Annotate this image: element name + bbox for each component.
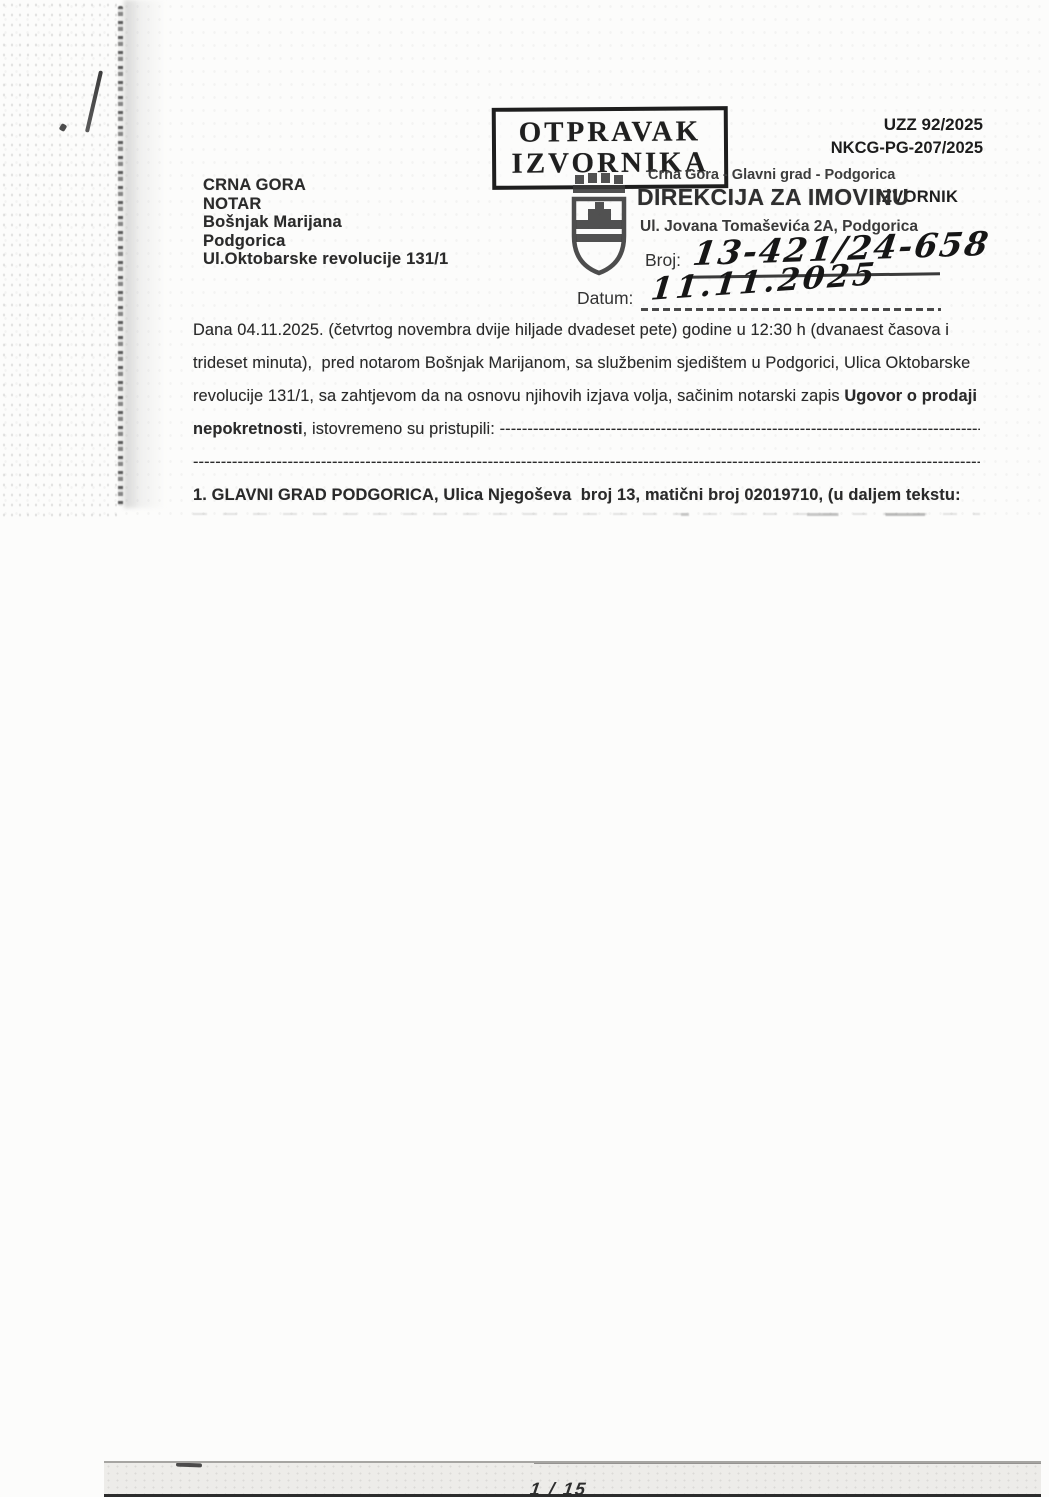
case-reference-numbers: UZZ 92/2025 NKCG-PG-207/2025 (700, 115, 983, 158)
scan-torn-edge-line (118, 6, 123, 506)
notary-name: Bošnjak Marijana (203, 213, 448, 232)
band-dark-top-edge (534, 1461, 1041, 1464)
body-line-3: revolucije 131/1, sa zahtjevom da na osn… (193, 380, 980, 413)
scan-bottom-band: 1 / 15 (104, 1461, 1041, 1497)
body-line-6: 1. GLAVNI GRAD PODGORICA, Ulica Njegošev… (193, 479, 980, 512)
datum-label: Datum: (577, 288, 633, 309)
scan-noise-left-edge (0, 0, 120, 520)
body-line-1: Dana 04.11.2025. (četvrtog novembra dvij… (193, 314, 980, 347)
body-line-4: nepokretnosti, istovremeno su pristupili… (193, 413, 980, 446)
body-line-4-bold: nepokretnosti (193, 420, 303, 438)
stamp-directorate-title: DIREKCIJA ZA IMOVINU (637, 184, 909, 211)
scanned-document-page: CRNA GORA NOTAR Bošnjak Marijana Podgori… (0, 0, 1049, 1497)
case-number-nkcg: NKCG-PG-207/2025 (700, 139, 983, 158)
body-line-3-text: revolucije 131/1, sa zahtjevom da na osn… (193, 387, 844, 405)
contract-body-text: Dana 04.11.2025. (četvrtog novembra dvij… (193, 314, 980, 521)
notary-address-block: CRNA GORA NOTAR Bošnjak Marijana Podgori… (203, 176, 448, 269)
handwritten-corner-dot (59, 123, 68, 132)
datum-handwritten-value: 11.11.2025 (649, 256, 879, 308)
body-line-2: trideset minuta), pred notarom Bošnjak M… (193, 347, 980, 380)
notary-title: NOTAR (203, 195, 448, 214)
body-line-4-text: , istovremeno su pristupili: (303, 420, 500, 438)
case-number-uzz: UZZ 92/2025 (700, 115, 983, 135)
broj-label: Broj: (645, 250, 681, 271)
handwritten-corner-mark (85, 70, 103, 132)
faint-cutoff-line (193, 513, 980, 521)
otpravak-stamp-line1: OTPRAVAK (519, 116, 702, 148)
notary-country: CRNA GORA (203, 176, 448, 195)
podgorica-coat-of-arms-icon (566, 172, 636, 280)
notary-street: Ul.Oktobarske revolucije 131/1 (203, 250, 448, 269)
band-ink-mark (176, 1463, 202, 1468)
datum-underline (641, 308, 941, 311)
body-line-3-bold: Ugovor o prodaji (844, 387, 977, 405)
body-line-4-dashes: ----------------------------------------… (500, 420, 980, 438)
stamp-header-text: Crna Gora - Glavni grad - Podgorica (648, 167, 895, 183)
scan-edge-shadow (124, 0, 166, 508)
body-line-5-dashes: ----------------------------------------… (193, 446, 980, 479)
notary-city: Podgorica (203, 232, 448, 251)
